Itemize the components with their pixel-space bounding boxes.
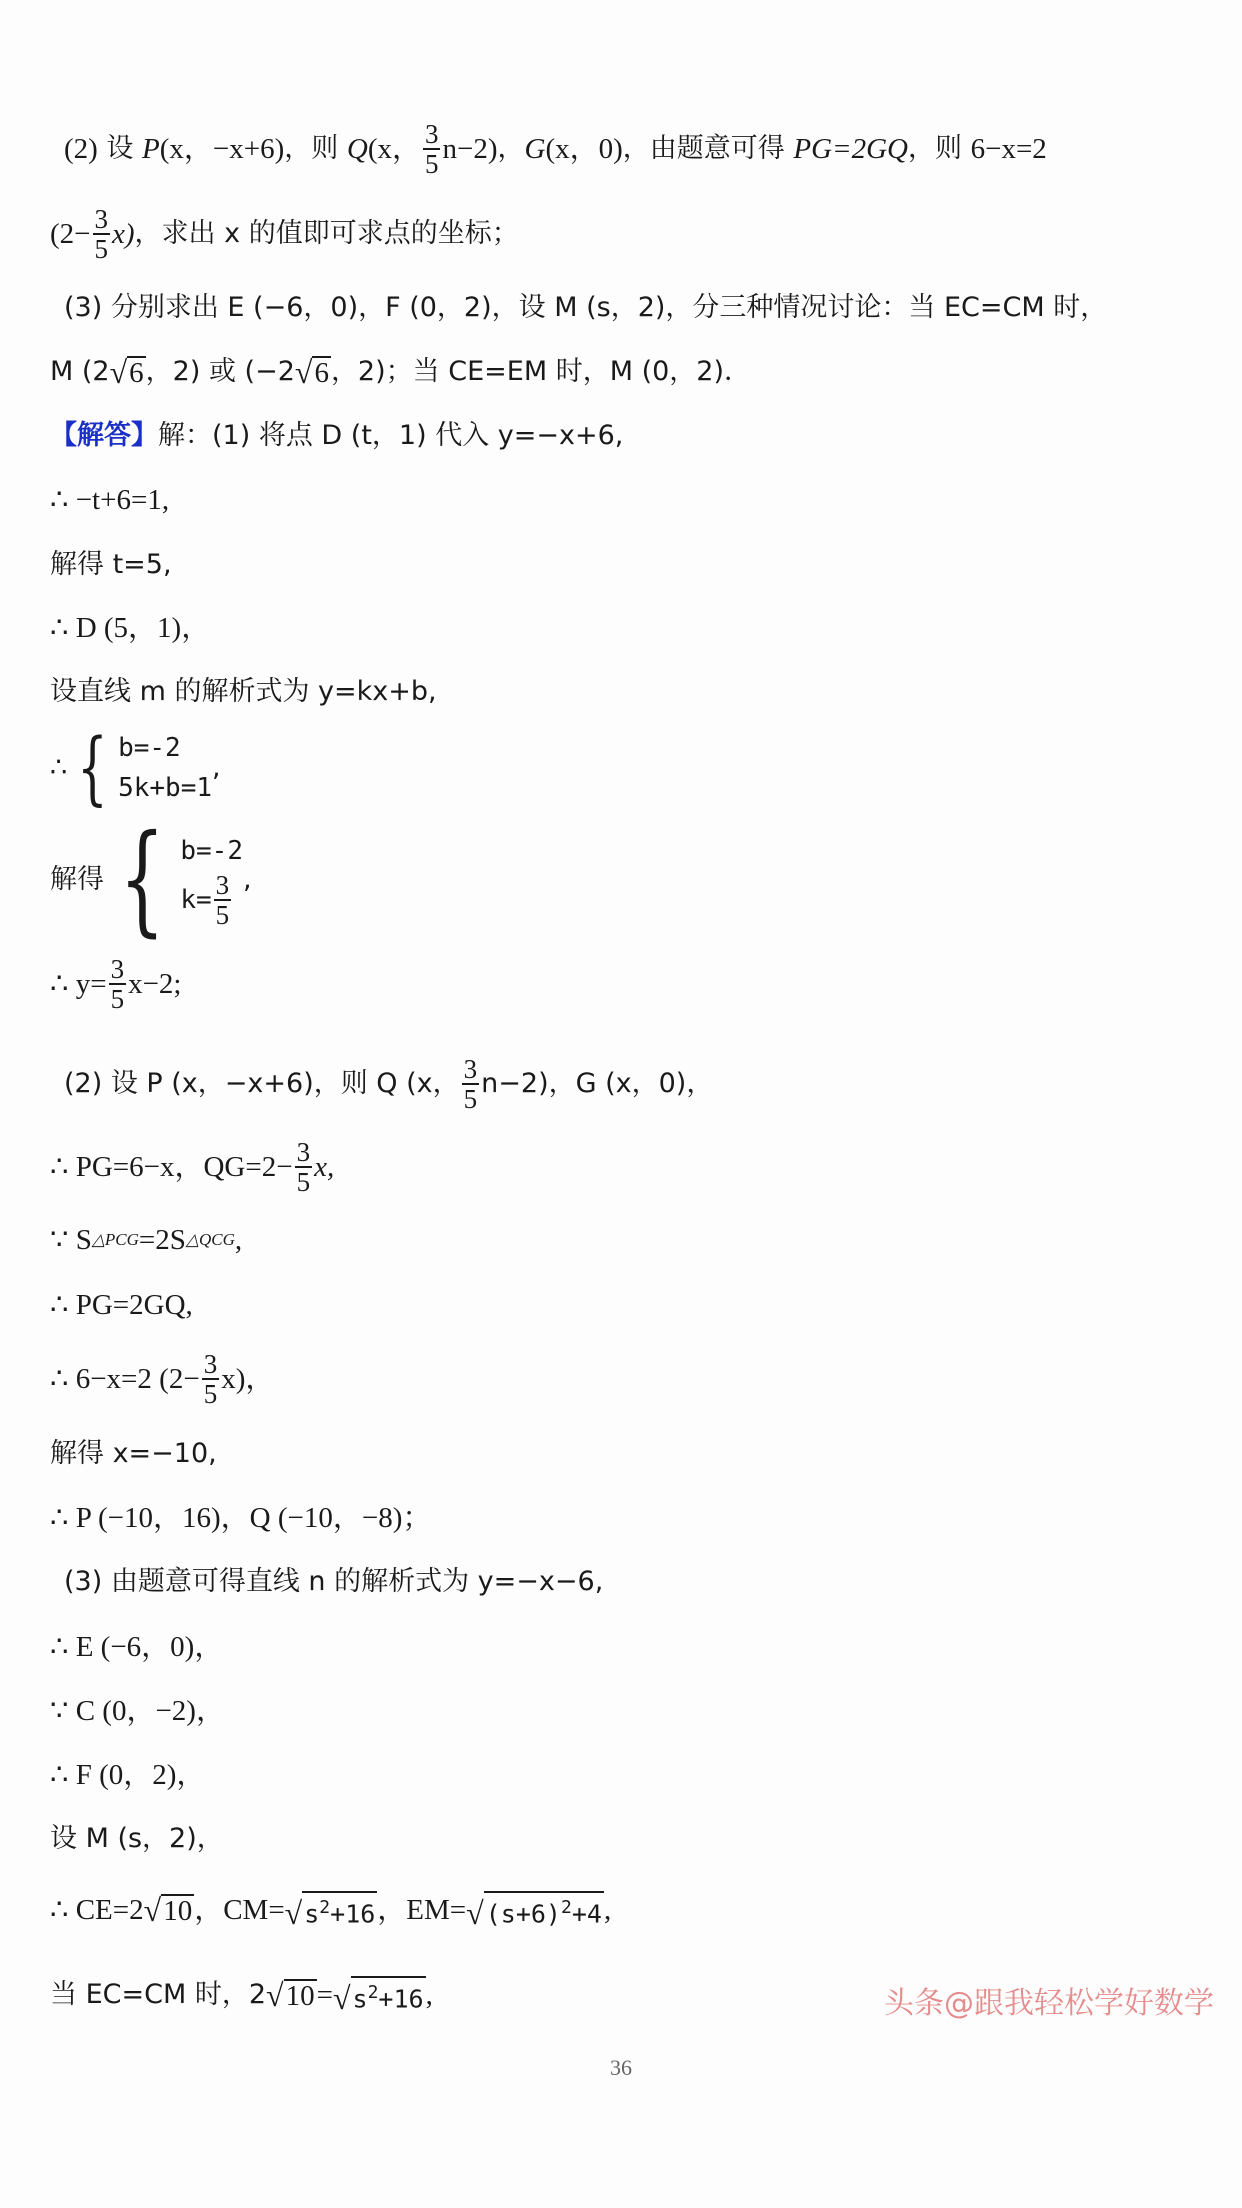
numerator: 3 (109, 955, 127, 985)
text: ∴ D (5，1)， (50, 608, 210, 648)
text: , (212, 748, 221, 788)
text: 设 M (s，2)， (50, 1819, 224, 1859)
text: x)， (221, 1359, 274, 1399)
text: ，由题意可得 (623, 129, 785, 169)
part2-line7: ∴ P (−10，16)，Q (−10，−8)； (50, 1498, 431, 1538)
base: s (353, 1984, 368, 2013)
text: 设 (106, 129, 133, 169)
system-2: 解得 { b=-2 k= 35 , (50, 818, 252, 942)
text: 解得 t=5, (50, 545, 172, 585)
denominator: 5 (297, 1168, 311, 1196)
numerator: 3 (93, 205, 111, 235)
text: (2) 设 P (x，−x+6)，则 Q (x， (64, 1064, 460, 1104)
numerator: 3 (214, 871, 232, 901)
brace-icon: { (119, 820, 165, 940)
denominator: 5 (216, 901, 230, 929)
text: ∴ PG=6−x，QG=2− (50, 1147, 293, 1187)
part3-line2: ∴ E (−6，0)， (50, 1627, 223, 1667)
sqrt: √6 (295, 356, 331, 388)
text: =2S (139, 1220, 186, 1260)
sqrt: √10 (266, 1979, 317, 2011)
text: 当 EC=CM 时，2 (50, 1975, 266, 2015)
page-number: 36 (0, 2055, 1242, 2081)
equation: 6−x=2 (971, 129, 1047, 169)
numerator: 3 (202, 1350, 220, 1380)
part3-line4: ∴ F (0，2)， (50, 1755, 205, 1795)
part2-line5: ∴ 6−x=2 (2− 35 x)， (50, 1350, 274, 1408)
part3-line7: 当 EC=CM 时，2 √10 = √s2+16 , (50, 1975, 433, 2015)
text: ，EM= (377, 1890, 466, 1930)
sqrt: √s2+16 (285, 1891, 378, 1929)
text: ，2)；当 CE=EM 时，M (0，2)． (331, 352, 751, 392)
radicand: 6 (312, 356, 331, 388)
subscript: △PCG (92, 1220, 139, 1260)
fraction: 35 (109, 955, 127, 1013)
text: ∴ CE=2 (50, 1890, 144, 1930)
text: ，则 (908, 129, 962, 169)
radicand: 10 (284, 1979, 317, 2011)
rest: +16 (378, 1984, 423, 2013)
text: ∴ E (−6，0)， (50, 1627, 223, 1667)
text: ，CM= (194, 1890, 284, 1930)
text: ，求出 x 的值即可求点的坐标； (135, 214, 519, 254)
text: 设直线 m 的解析式为 y=kx+b, (50, 672, 437, 712)
text: ∵ C (0，−2)， (50, 1691, 225, 1731)
part3-line1: (3) 由题意可得直线 n 的解析式为 y=−x−6, (64, 1562, 603, 1602)
solution-step2: 解得 t=5, (50, 545, 172, 585)
answer-tag: 【解答】 (50, 416, 158, 456)
text: n−2)，G (x，0)， (481, 1064, 713, 1104)
fraction: 35 (93, 205, 111, 263)
text: , (604, 1890, 611, 1930)
part2-line3: ∵ S△PCG=2S△QCG, (50, 1220, 242, 1260)
solution-intro: 【解答】 解：(1) 将点 D (t，1) 代入 y=−x+6, (50, 416, 623, 456)
expr: x) (112, 214, 135, 254)
solution-step4: 设直线 m 的解析式为 y=kx+b, (50, 672, 437, 712)
point-q: Q (347, 129, 368, 169)
solution-step5: ∴ y= 35 x−2; (50, 955, 181, 1013)
exponent: 2 (368, 1982, 379, 2003)
equation: b=-2 (118, 728, 212, 768)
text: ∴ PG=2GQ, (50, 1285, 193, 1325)
text: ∴ 6−x=2 (2− (50, 1359, 200, 1399)
text: 解：(1) 将点 D (t，1) 代入 y=−x+6, (158, 416, 623, 456)
analysis-part3-line1: (3) 分别求出 E (−6，0)，F (0，2)，设 M (s，2)，分三种情… (64, 288, 1107, 328)
part2-line6: 解得 x=−10, (50, 1434, 217, 1474)
base: (s+6) (486, 1899, 561, 1928)
radicand: 10 (161, 1894, 194, 1926)
part2-line4: ∴ PG=2GQ, (50, 1285, 193, 1325)
watermark: 头条@跟我轻松学好数学 (884, 1978, 1214, 2022)
text: 解得 (50, 860, 104, 900)
text: (3) 分别求出 E (−6，0)，F (0，2)，设 M (s，2)，分三种情… (64, 288, 1107, 328)
rest: +16 (330, 1899, 375, 1928)
fraction: 35 (295, 1138, 313, 1196)
text: 解得 x=−10, (50, 1434, 217, 1474)
fraction: 35 (423, 120, 441, 178)
fraction: 35 (462, 1055, 480, 1113)
equation-system: b=-2 5k+b=1 (118, 728, 212, 808)
denominator: 5 (204, 1380, 218, 1408)
equation: b=-2 (180, 831, 243, 871)
denominator: 5 (95, 235, 109, 263)
text: (3) 由题意可得直线 n 的解析式为 y=−x−6, (64, 1562, 603, 1602)
text: , (243, 860, 252, 900)
text: ， (498, 129, 525, 169)
text: ∴ −t+6=1, (50, 480, 169, 520)
analysis-part2-line1: (2) 设 P (x，−x+6) ，则 Q (x， 35 n−2) ， G (x… (64, 120, 1047, 178)
lhs: k= (180, 880, 211, 920)
therefore-symbol: ∴ (50, 748, 67, 788)
exponent: 2 (319, 1897, 330, 1918)
brace-icon: { (77, 728, 108, 808)
equation: k= 35 (180, 871, 243, 929)
coords: n−2) (442, 129, 497, 169)
coords: (x， (368, 129, 421, 169)
expr: (2− (50, 214, 91, 254)
part-label: (2) (64, 129, 98, 169)
text: , (426, 1975, 433, 2015)
rhs: x−2; (128, 964, 181, 1004)
base: s (304, 1899, 319, 1928)
text: x, (314, 1147, 334, 1187)
sqrt: √10 (144, 1894, 195, 1926)
denominator: 5 (425, 150, 439, 178)
fraction: 35 (202, 1350, 220, 1408)
rest: +4 (572, 1899, 602, 1928)
text: ∵ S (50, 1220, 92, 1260)
part3-line5: 设 M (s，2)， (50, 1819, 224, 1859)
subscript: △QCG (186, 1220, 235, 1260)
sqrt: √(s+6)2+4 (466, 1891, 604, 1929)
numerator: 3 (423, 120, 441, 150)
point-g: G (525, 129, 546, 169)
equation: PG=2GQ (793, 129, 908, 169)
coords: (x，0) (545, 129, 622, 169)
analysis-part3-line2: M (2 √6 ，2) 或 (−2 √6 ，2)；当 CE=EM 时，M (0，… (50, 352, 751, 392)
part2-line1: (2) 设 P (x，−x+6)，则 Q (x， 35 n−2)，G (x，0)… (64, 1055, 713, 1113)
text: ∴ P (−10，16)，Q (−10，−8)； (50, 1498, 431, 1538)
coords: (x，−x+6) (160, 129, 285, 169)
text: M (2 (50, 352, 110, 392)
equation: 5k+b=1 (118, 768, 212, 808)
sqrt: √s2+16 (333, 1976, 426, 2014)
denominator: 5 (464, 1085, 478, 1113)
radicand: 6 (127, 356, 146, 388)
text: = (317, 1975, 333, 2015)
text: ，则 (284, 129, 338, 169)
numerator: 3 (295, 1138, 313, 1168)
analysis-part2-line2: (2− 35 x) ，求出 x 的值即可求点的坐标； (50, 205, 519, 263)
solution-step3: ∴ D (5，1)， (50, 608, 210, 648)
solution-step1: ∴ −t+6=1, (50, 480, 169, 520)
exponent: 2 (561, 1897, 572, 1918)
part2-line2: ∴ PG=6−x，QG=2− 35 x, (50, 1138, 334, 1196)
equation-system: b=-2 k= 35 (180, 831, 243, 929)
lhs: ∴ y= (50, 964, 107, 1004)
fraction: 35 (214, 871, 232, 929)
sqrt: √6 (110, 356, 146, 388)
text: , (235, 1220, 242, 1260)
text: ∴ F (0，2)， (50, 1755, 205, 1795)
point-p: P (142, 129, 160, 169)
numerator: 3 (462, 1055, 480, 1085)
part3-line6: ∴ CE=2 √10 ，CM= √s2+16 ，EM= √(s+6)2+4 , (50, 1890, 611, 1930)
part3-line3: ∵ C (0，−2)， (50, 1691, 225, 1731)
denominator: 5 (111, 985, 125, 1013)
text: ，2) 或 (−2 (146, 352, 295, 392)
system-1: ∴ { b=-2 5k+b=1 , (50, 726, 221, 810)
